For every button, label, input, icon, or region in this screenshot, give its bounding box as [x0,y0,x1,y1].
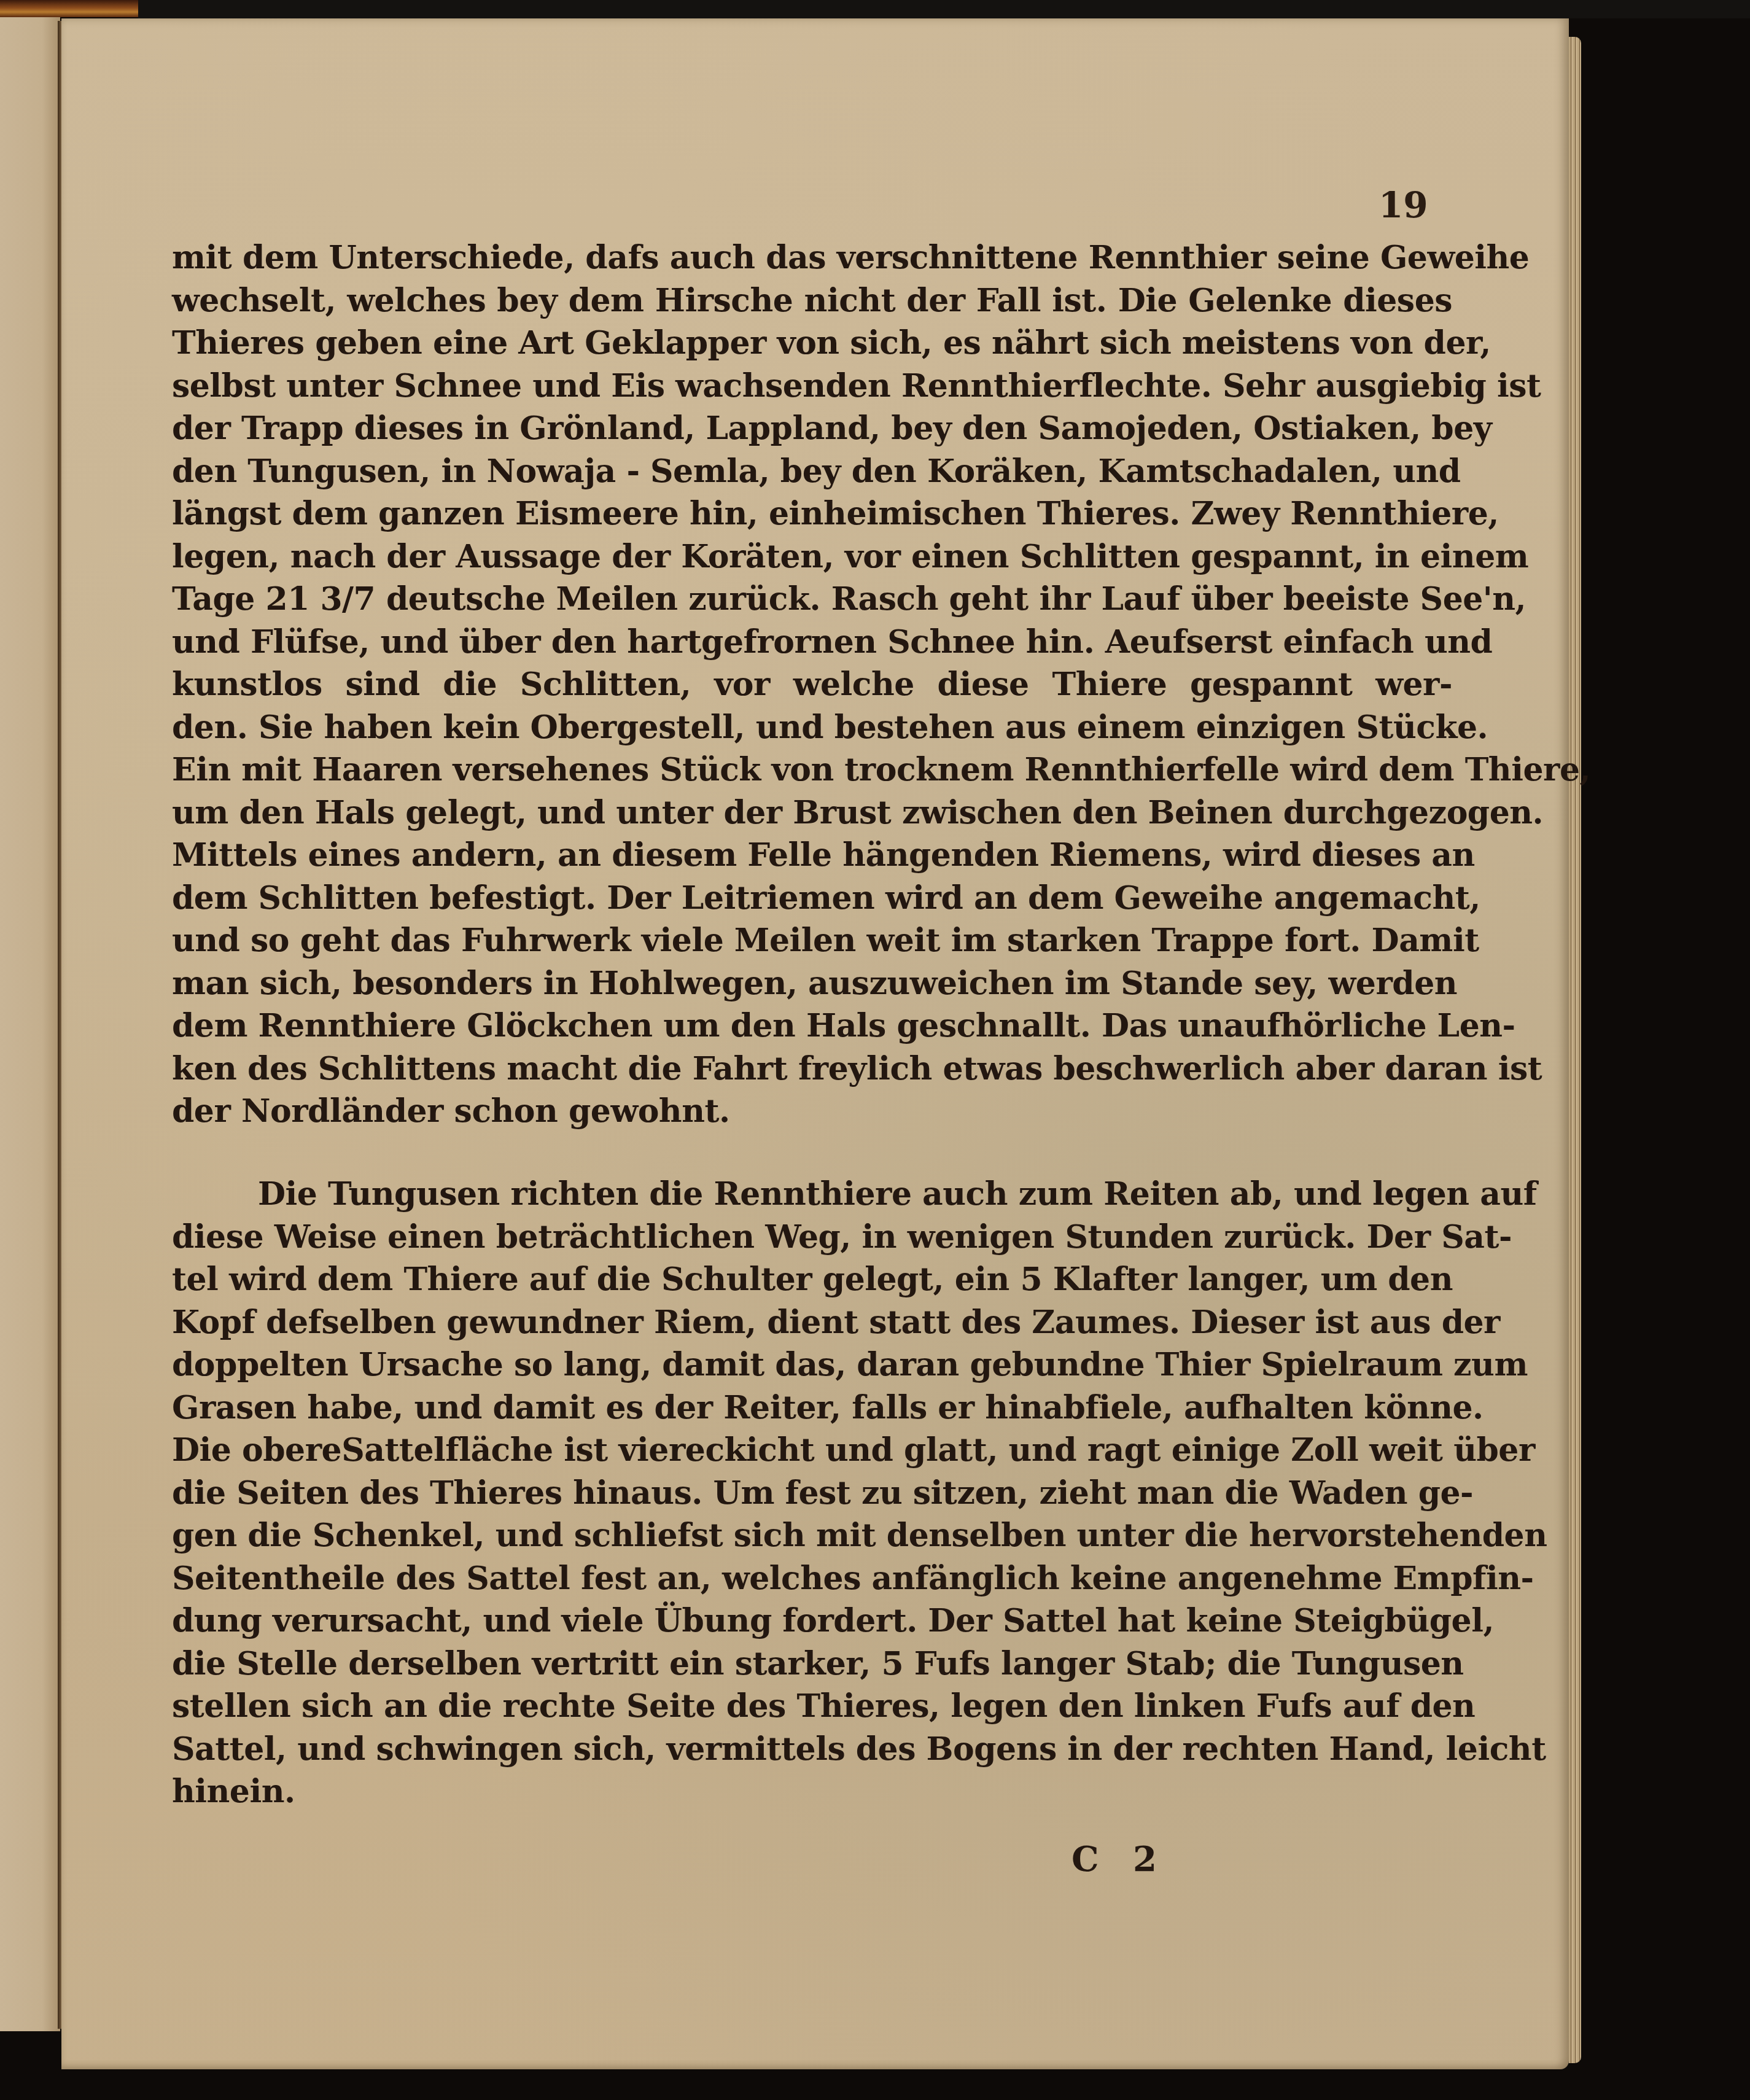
text-line: um den Hals gelegt, und unter der Brust … [172,791,1452,834]
text-line: kunstlos sind die Schlitten, vor welche … [172,663,1452,706]
text-line: den. Sie haben kein Obergestell, und bes… [172,706,1452,749]
text-line: Die Tungusen richten die Rennthiere auch… [172,1173,1452,1216]
text-line: man sich, besonders in Hohlwegen, auszuw… [172,962,1452,1005]
text-line: gen die Schenkel, und schliefst sich mit… [172,1514,1452,1557]
text-line: Die obereSattelfläche ist viereckicht un… [172,1429,1452,1472]
paragraph-1: mit dem Unterschiede, dafs auch das vers… [172,236,1452,1133]
text-line: Ein mit Haaren versehenes Stück von troc… [172,749,1452,791]
text-line: legen, nach der Aussage der Koräten, vor… [172,535,1452,578]
text-line: Grasen habe, und damit es der Reiter, fa… [172,1386,1452,1429]
text-line: diese Weise einen beträchtlichen Weg, in… [172,1216,1452,1259]
text-line: tel wird dem Thiere auf die Schulter gel… [172,1258,1452,1301]
scan-background [138,0,1750,18]
text-line: dem Rennthiere Glöckchen um den Hals ges… [172,1005,1452,1048]
signature-mark: C 2 [1071,1839,1168,1880]
text-line: Tage 21 3/7 deutsche Meilen zurück. Rasc… [172,578,1452,621]
text-line: und Flüfse, und über den hartgefrornen S… [172,621,1452,664]
text-line: den Tungusen, in Nowaja - Semla, bey den… [172,450,1452,493]
text-line: hinein. [172,1770,1452,1813]
text-line: Kopf defselben gewundner Riem, dient sta… [172,1301,1452,1344]
text-line: stellen sich an die rechte Seite des Thi… [172,1685,1452,1728]
text-line: und so geht das Fuhrwerk viele Meilen we… [172,919,1452,962]
text-line: der Nordländer schon gewohnt. [172,1090,1452,1133]
text-line: dung verursacht, und viele Übung fordert… [172,1600,1452,1643]
book-binding-edge [0,0,138,17]
text-line: selbst unter Schnee und Eis wachsenden R… [172,365,1452,408]
facing-page-edge [0,17,60,2031]
text-line: die Seiten des Thieres hinaus. Um fest z… [172,1472,1452,1515]
text-line: Sattel, und schwingen sich, vermittels d… [172,1728,1452,1771]
text-line: die Stelle derselben vertritt ein starke… [172,1643,1452,1686]
text-line: Seitentheile des Sattel fest an, welches… [172,1557,1452,1600]
text-line: Thieres geben eine Art Geklapper von sic… [172,322,1452,365]
page-stack-edges [1569,37,1581,2063]
text-line: mit dem Unterschiede, dafs auch das vers… [172,236,1452,279]
text-line: ken des Schlittens macht die Fahrt freyl… [172,1048,1452,1091]
text-line: der Trapp dieses in Grönland, Lappland, … [172,407,1452,450]
text-line: längst dem ganzen Eismeere hin, einheimi… [172,492,1452,535]
text-line: doppelten Ursache so lang, damit das, da… [172,1344,1452,1386]
text-line: wechselt, welches bey dem Hirsche nicht … [172,279,1452,322]
page-number: 19 [1379,184,1428,226]
text-line: dem Schlitten befestigt. Der Leitriemen … [172,877,1452,920]
text-line: Mittels eines andern, an diesem Felle hä… [172,834,1452,877]
paragraph-2: Die Tungusen richten die Rennthiere auch… [172,1173,1452,1813]
